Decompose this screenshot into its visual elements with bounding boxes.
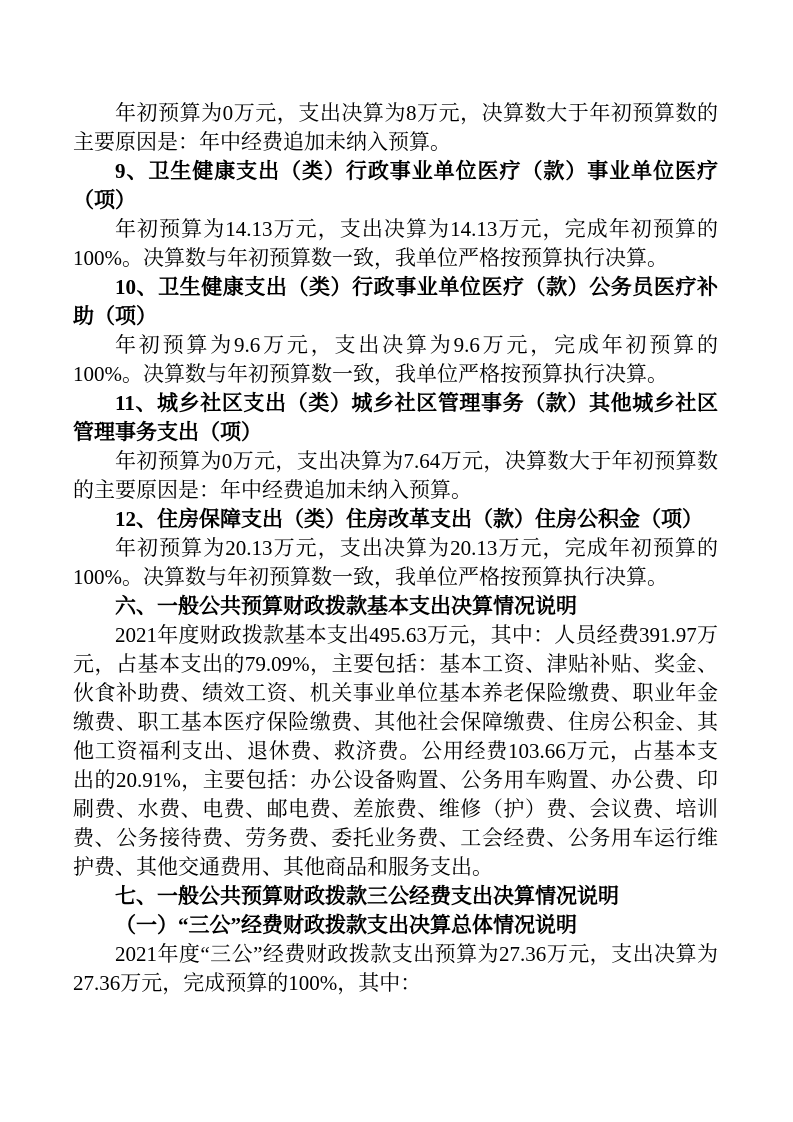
section-heading: 七、一般公共预算财政拨款三公经费支出决算情况说明 [73, 882, 718, 911]
body-paragraph: 2021年度“三公”经费财政拨款支出预算为27.36万元，支出决算为27.36万… [73, 940, 718, 998]
document-content: 年初预算为0万元，支出决算为8万元，决算数大于年初预算数的主要原因是：年中经费追… [73, 99, 718, 998]
body-paragraph: 2021年度财政拨款基本支出495.63万元，其中：人员经费391.97万元，占… [73, 621, 718, 882]
section-heading: 9、卫生健康支出（类）行政事业单位医疗（款）事业单位医疗（项） [73, 157, 718, 215]
body-paragraph: 年初预算为0万元，支出决算为7.64万元，决算数大于年初预算数的主要原因是：年中… [73, 447, 718, 505]
body-paragraph: 年初预算为20.13万元，支出决算为20.13万元，完成年初预算的100%。决算… [73, 534, 718, 592]
document-page: 年初预算为0万元，支出决算为8万元，决算数大于年初预算数的主要原因是：年中经费追… [0, 0, 793, 1122]
section-heading: 11、城乡社区支出（类）城乡社区管理事务（款）其他城乡社区管理事务支出（项） [73, 389, 718, 447]
section-heading: 六、一般公共预算财政拨款基本支出决算情况说明 [73, 592, 718, 621]
body-paragraph: 年初预算为9.6万元，支出决算为9.6万元，完成年初预算的100%。决算数与年初… [73, 331, 718, 389]
section-heading: （一）“三公”经费财政拨款支出决算总体情况说明 [73, 911, 718, 940]
section-heading: 10、卫生健康支出（类）行政事业单位医疗（款）公务员医疗补助（项） [73, 273, 718, 331]
section-heading: 12、住房保障支出（类）住房改革支出（款）住房公积金（项） [73, 505, 718, 534]
body-paragraph: 年初预算为14.13万元，支出决算为14.13万元，完成年初预算的100%。决算… [73, 215, 718, 273]
body-paragraph: 年初预算为0万元，支出决算为8万元，决算数大于年初预算数的主要原因是：年中经费追… [73, 99, 718, 157]
